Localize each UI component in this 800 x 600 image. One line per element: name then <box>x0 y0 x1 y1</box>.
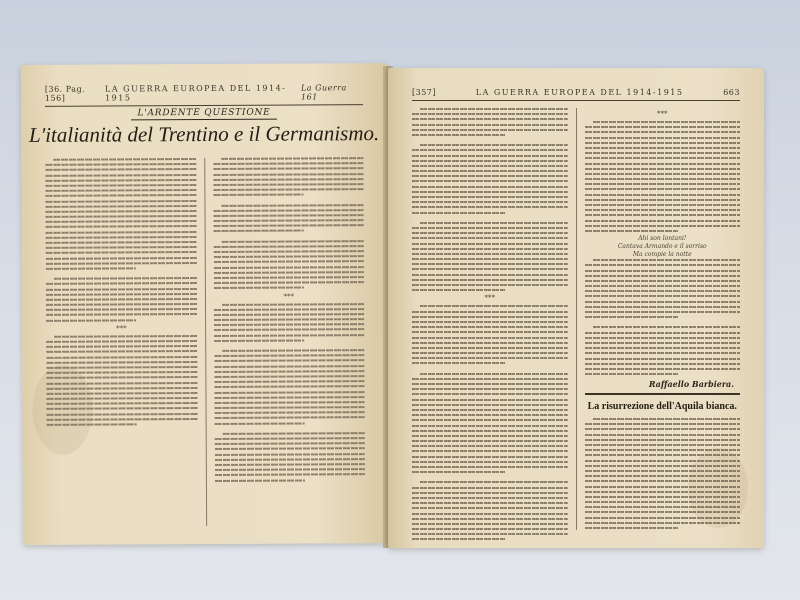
text-line <box>412 538 505 540</box>
text-line <box>412 170 568 172</box>
text-line <box>412 357 568 359</box>
text-line <box>54 277 197 280</box>
text-line <box>46 382 197 385</box>
text-line <box>214 360 365 363</box>
text-line <box>412 134 505 136</box>
text-line <box>585 188 741 190</box>
text-line <box>585 465 741 467</box>
text-line <box>214 396 365 399</box>
left-page-ref: La Guerra 161 <box>301 83 363 101</box>
left-column-1: *** <box>45 158 197 527</box>
text-line <box>412 419 568 421</box>
text-line <box>585 423 741 425</box>
text-line <box>46 267 136 269</box>
text-line <box>46 376 197 379</box>
text-line <box>585 220 741 222</box>
text-line <box>412 466 568 468</box>
text-line <box>412 212 505 214</box>
text-line <box>412 352 568 354</box>
text-line <box>46 397 197 400</box>
text-line <box>412 232 568 234</box>
text-line <box>47 418 198 421</box>
text-line <box>585 204 741 206</box>
text-line <box>213 266 364 269</box>
text-line <box>593 121 741 123</box>
text-line <box>46 345 197 348</box>
text-line <box>585 347 741 349</box>
text-line <box>585 163 741 165</box>
text-line <box>46 308 197 311</box>
text-line <box>585 352 741 354</box>
text-line <box>214 411 365 414</box>
text-line <box>213 230 303 232</box>
text-line <box>585 301 741 303</box>
article-kicker: L'ARDENTE QUESTIONE <box>21 107 387 119</box>
text-line <box>214 417 365 420</box>
text-line <box>214 406 365 409</box>
text-line <box>412 284 568 286</box>
text-line <box>412 393 568 395</box>
article-headline: L'italianità del Trentino e il Germanism… <box>21 121 387 148</box>
right-column-1: *** <box>412 108 568 530</box>
text-line <box>412 513 568 515</box>
text-line <box>46 392 197 395</box>
text-line <box>585 358 741 360</box>
text-line <box>54 335 197 338</box>
text-line <box>585 480 741 482</box>
text-line <box>213 271 364 274</box>
text-line <box>46 350 197 353</box>
text-line <box>585 264 741 266</box>
text-line <box>412 331 568 333</box>
text-line <box>412 471 505 473</box>
text-line <box>213 209 364 212</box>
text-line <box>46 298 197 301</box>
text-line <box>213 224 364 227</box>
text-line <box>214 313 365 316</box>
text-line <box>213 287 303 289</box>
text-line <box>214 401 365 404</box>
text-line <box>221 204 364 207</box>
text-line <box>585 470 741 472</box>
text-line <box>214 380 365 383</box>
column-divider <box>576 108 577 530</box>
text-line <box>585 491 741 493</box>
text-line <box>214 339 304 341</box>
text-line <box>585 522 741 524</box>
section-separator: *** <box>46 324 197 333</box>
text-line <box>46 210 197 213</box>
text-line <box>213 281 364 284</box>
text-line <box>47 413 198 416</box>
text-line <box>412 160 568 162</box>
text-line <box>585 373 678 375</box>
left-page-number: [36. Pag. 156] <box>45 85 105 103</box>
text-line <box>46 340 197 343</box>
text-line <box>213 183 364 186</box>
text-line <box>585 142 741 144</box>
text-line <box>412 378 568 380</box>
text-line <box>221 157 364 160</box>
text-line <box>412 263 568 265</box>
text-line <box>412 196 568 198</box>
text-line <box>412 268 568 270</box>
right-page: [357] LA GUERRA EUROPEA DEL 1914-1915 66… <box>388 68 764 548</box>
text-line <box>585 506 741 508</box>
text-line <box>593 259 741 261</box>
column-divider <box>204 158 207 526</box>
text-line <box>412 337 568 339</box>
text-line <box>585 270 741 272</box>
text-line <box>585 183 741 185</box>
text-line <box>45 163 196 166</box>
text-line <box>585 209 741 211</box>
text-line <box>214 437 365 440</box>
text-line <box>412 450 568 452</box>
text-line <box>412 383 568 385</box>
text-line <box>585 449 741 451</box>
text-line <box>585 517 741 519</box>
text-line <box>222 432 365 435</box>
text-line <box>412 528 568 530</box>
text-line <box>585 496 741 498</box>
text-line <box>214 385 365 388</box>
text-line <box>412 492 568 494</box>
text-line <box>412 435 568 437</box>
text-line <box>45 174 196 177</box>
text-line <box>46 246 197 249</box>
text-line <box>585 168 741 170</box>
text-line <box>214 448 365 451</box>
text-line <box>412 456 568 458</box>
text-line <box>585 137 741 139</box>
text-line <box>585 306 741 308</box>
text-line <box>46 356 197 359</box>
right-columns: *** ***Ahi son lontani!Cantava Armando e… <box>412 108 740 530</box>
text-line <box>45 168 196 171</box>
text-line <box>46 303 197 306</box>
text-line <box>46 313 197 316</box>
text-line <box>213 194 303 196</box>
text-line <box>420 108 568 110</box>
text-line <box>412 326 568 328</box>
right-page-ref: [357] <box>412 88 436 97</box>
text-line <box>45 179 196 182</box>
text-line <box>585 311 741 313</box>
text-line <box>412 191 568 193</box>
text-line <box>412 175 568 177</box>
right-column-2: ***Ahi son lontani!Cantava Armando e il … <box>585 108 741 530</box>
text-line <box>412 186 568 188</box>
text-line <box>214 468 365 471</box>
text-line <box>214 334 365 337</box>
text-line <box>412 316 568 318</box>
text-line <box>46 288 197 291</box>
text-line <box>412 258 568 260</box>
text-line <box>585 454 741 456</box>
text-line <box>46 241 197 244</box>
text-line <box>585 527 678 529</box>
text-line <box>45 200 196 203</box>
left-page: [36. Pag. 156] LA GUERRA EUROPEA DEL 191… <box>21 63 390 545</box>
text-line <box>214 458 365 461</box>
text-line <box>585 131 741 133</box>
verse-line: Ma compie la notte <box>585 251 741 259</box>
text-line <box>412 342 568 344</box>
text-line <box>585 285 741 287</box>
text-line <box>46 366 197 369</box>
text-line <box>412 129 568 131</box>
text-line <box>585 511 741 513</box>
text-line <box>214 323 365 326</box>
text-line <box>46 257 197 260</box>
left-running-head: [36. Pag. 156] LA GUERRA EUROPEA DEL 191… <box>45 83 363 107</box>
text-line <box>585 363 741 365</box>
text-line <box>213 250 364 253</box>
text-line <box>412 362 505 364</box>
section-separator: *** <box>585 110 741 118</box>
text-line <box>214 370 365 373</box>
text-line <box>47 407 198 410</box>
text-line <box>214 422 304 424</box>
text-line <box>585 157 741 159</box>
text-line <box>46 387 197 390</box>
text-line <box>585 230 678 232</box>
text-line <box>412 113 568 115</box>
text-line <box>214 329 365 332</box>
text-line <box>214 365 365 368</box>
text-line <box>420 222 568 224</box>
text-line <box>585 337 741 339</box>
text-line <box>214 463 365 466</box>
text-line <box>46 371 197 374</box>
text-line <box>585 214 741 216</box>
text-line <box>420 144 568 146</box>
right-page-number: 663 <box>723 88 740 97</box>
text-line <box>213 162 364 165</box>
text-line <box>412 237 568 239</box>
text-line <box>46 236 197 239</box>
text-line <box>420 305 568 307</box>
text-line <box>46 220 197 223</box>
text-line <box>585 290 741 292</box>
text-line <box>46 225 197 228</box>
text-line <box>585 439 741 441</box>
text-line <box>412 404 568 406</box>
text-line <box>213 276 364 279</box>
text-line <box>213 188 364 191</box>
text-line <box>585 460 741 462</box>
text-line <box>46 262 197 265</box>
text-line <box>221 303 364 306</box>
text-line <box>412 523 568 525</box>
text-line <box>213 245 364 248</box>
text-line <box>46 282 197 285</box>
text-line <box>585 178 741 180</box>
text-line <box>585 486 741 488</box>
text-line <box>585 342 741 344</box>
text-line <box>420 373 568 375</box>
verse-line: Cantava Armando e il sorriso <box>585 243 741 251</box>
text-line <box>214 453 365 456</box>
left-column-2: *** <box>213 157 365 526</box>
text-line <box>214 375 365 378</box>
text-line <box>585 444 741 446</box>
text-line <box>585 295 741 297</box>
text-line <box>412 243 568 245</box>
text-line <box>412 497 568 499</box>
text-line <box>412 461 568 463</box>
text-line <box>412 440 568 442</box>
text-line <box>45 189 196 192</box>
text-line <box>412 321 568 323</box>
text-line <box>412 507 568 509</box>
section-separator: *** <box>213 292 364 301</box>
text-line <box>213 178 364 181</box>
text-line <box>585 475 741 477</box>
text-line <box>412 227 568 229</box>
text-line <box>585 126 741 128</box>
text-line <box>214 473 365 476</box>
text-line <box>412 414 568 416</box>
text-line <box>585 434 741 436</box>
text-line <box>222 349 365 352</box>
text-line <box>412 206 568 208</box>
text-line <box>585 152 741 154</box>
section-separator: *** <box>412 294 568 302</box>
text-line <box>46 319 136 321</box>
text-line <box>412 279 568 281</box>
text-line <box>45 194 196 197</box>
text-line <box>412 388 568 390</box>
text-line <box>412 248 568 250</box>
right-running-head: [357] LA GUERRA EUROPEA DEL 1914-1915 66… <box>412 88 740 101</box>
text-line <box>46 251 197 254</box>
text-line <box>45 205 196 208</box>
text-line <box>585 280 741 282</box>
text-line <box>214 318 365 321</box>
text-line <box>213 255 364 258</box>
author-signature: Raffaello Barbiera. <box>585 379 735 389</box>
right-publication-title: LA GUERRA EUROPEA DEL 1914-1915 <box>476 88 684 97</box>
text-line <box>585 199 741 201</box>
article-subhead: La risurrezione dell'Aquila bianca. <box>585 401 741 412</box>
text-line <box>214 354 365 357</box>
text-line <box>213 261 364 264</box>
text-line <box>585 332 741 334</box>
text-line <box>47 402 198 405</box>
text-line <box>53 158 196 161</box>
left-publication-title: LA GUERRA EUROPEA DEL 1914-1915 <box>105 83 301 102</box>
text-line <box>46 293 197 296</box>
text-line <box>585 428 741 430</box>
text-line <box>214 479 304 481</box>
text-line <box>412 518 568 520</box>
text-line <box>585 275 741 277</box>
text-line <box>420 481 568 483</box>
text-line <box>412 533 568 535</box>
text-line <box>213 214 364 217</box>
text-line <box>585 194 741 196</box>
text-line <box>412 155 568 157</box>
text-line <box>593 418 741 420</box>
text-line <box>412 201 568 203</box>
text-line <box>412 124 568 126</box>
text-line <box>412 289 505 291</box>
text-line <box>585 316 678 318</box>
text-line <box>412 274 568 276</box>
text-line <box>412 502 568 504</box>
text-line <box>213 219 364 222</box>
text-line <box>412 180 568 182</box>
text-line <box>214 442 365 445</box>
text-line <box>214 308 365 311</box>
section-rule <box>585 393 741 395</box>
text-line <box>593 326 741 328</box>
text-line <box>412 253 568 255</box>
text-line <box>221 240 364 243</box>
text-line <box>412 347 568 349</box>
text-line <box>585 501 741 503</box>
text-line <box>412 487 568 489</box>
text-line <box>585 225 741 227</box>
text-line <box>412 430 568 432</box>
text-line <box>213 173 364 176</box>
text-line <box>412 311 568 313</box>
text-line <box>585 173 741 175</box>
verse-line: Ahi son lontani! <box>585 235 741 243</box>
text-line <box>412 445 568 447</box>
text-line <box>412 118 568 120</box>
text-line <box>412 399 568 401</box>
text-line <box>46 231 197 234</box>
text-line <box>585 147 741 149</box>
left-columns: *** *** <box>45 157 365 527</box>
text-line <box>412 165 568 167</box>
text-line <box>213 168 364 171</box>
text-line <box>46 215 197 218</box>
text-line <box>45 184 196 187</box>
text-line <box>412 409 568 411</box>
text-line <box>46 361 197 364</box>
text-line <box>214 391 365 394</box>
text-line <box>47 423 137 425</box>
text-line <box>412 425 568 427</box>
text-line <box>585 368 741 370</box>
text-line <box>412 149 568 151</box>
